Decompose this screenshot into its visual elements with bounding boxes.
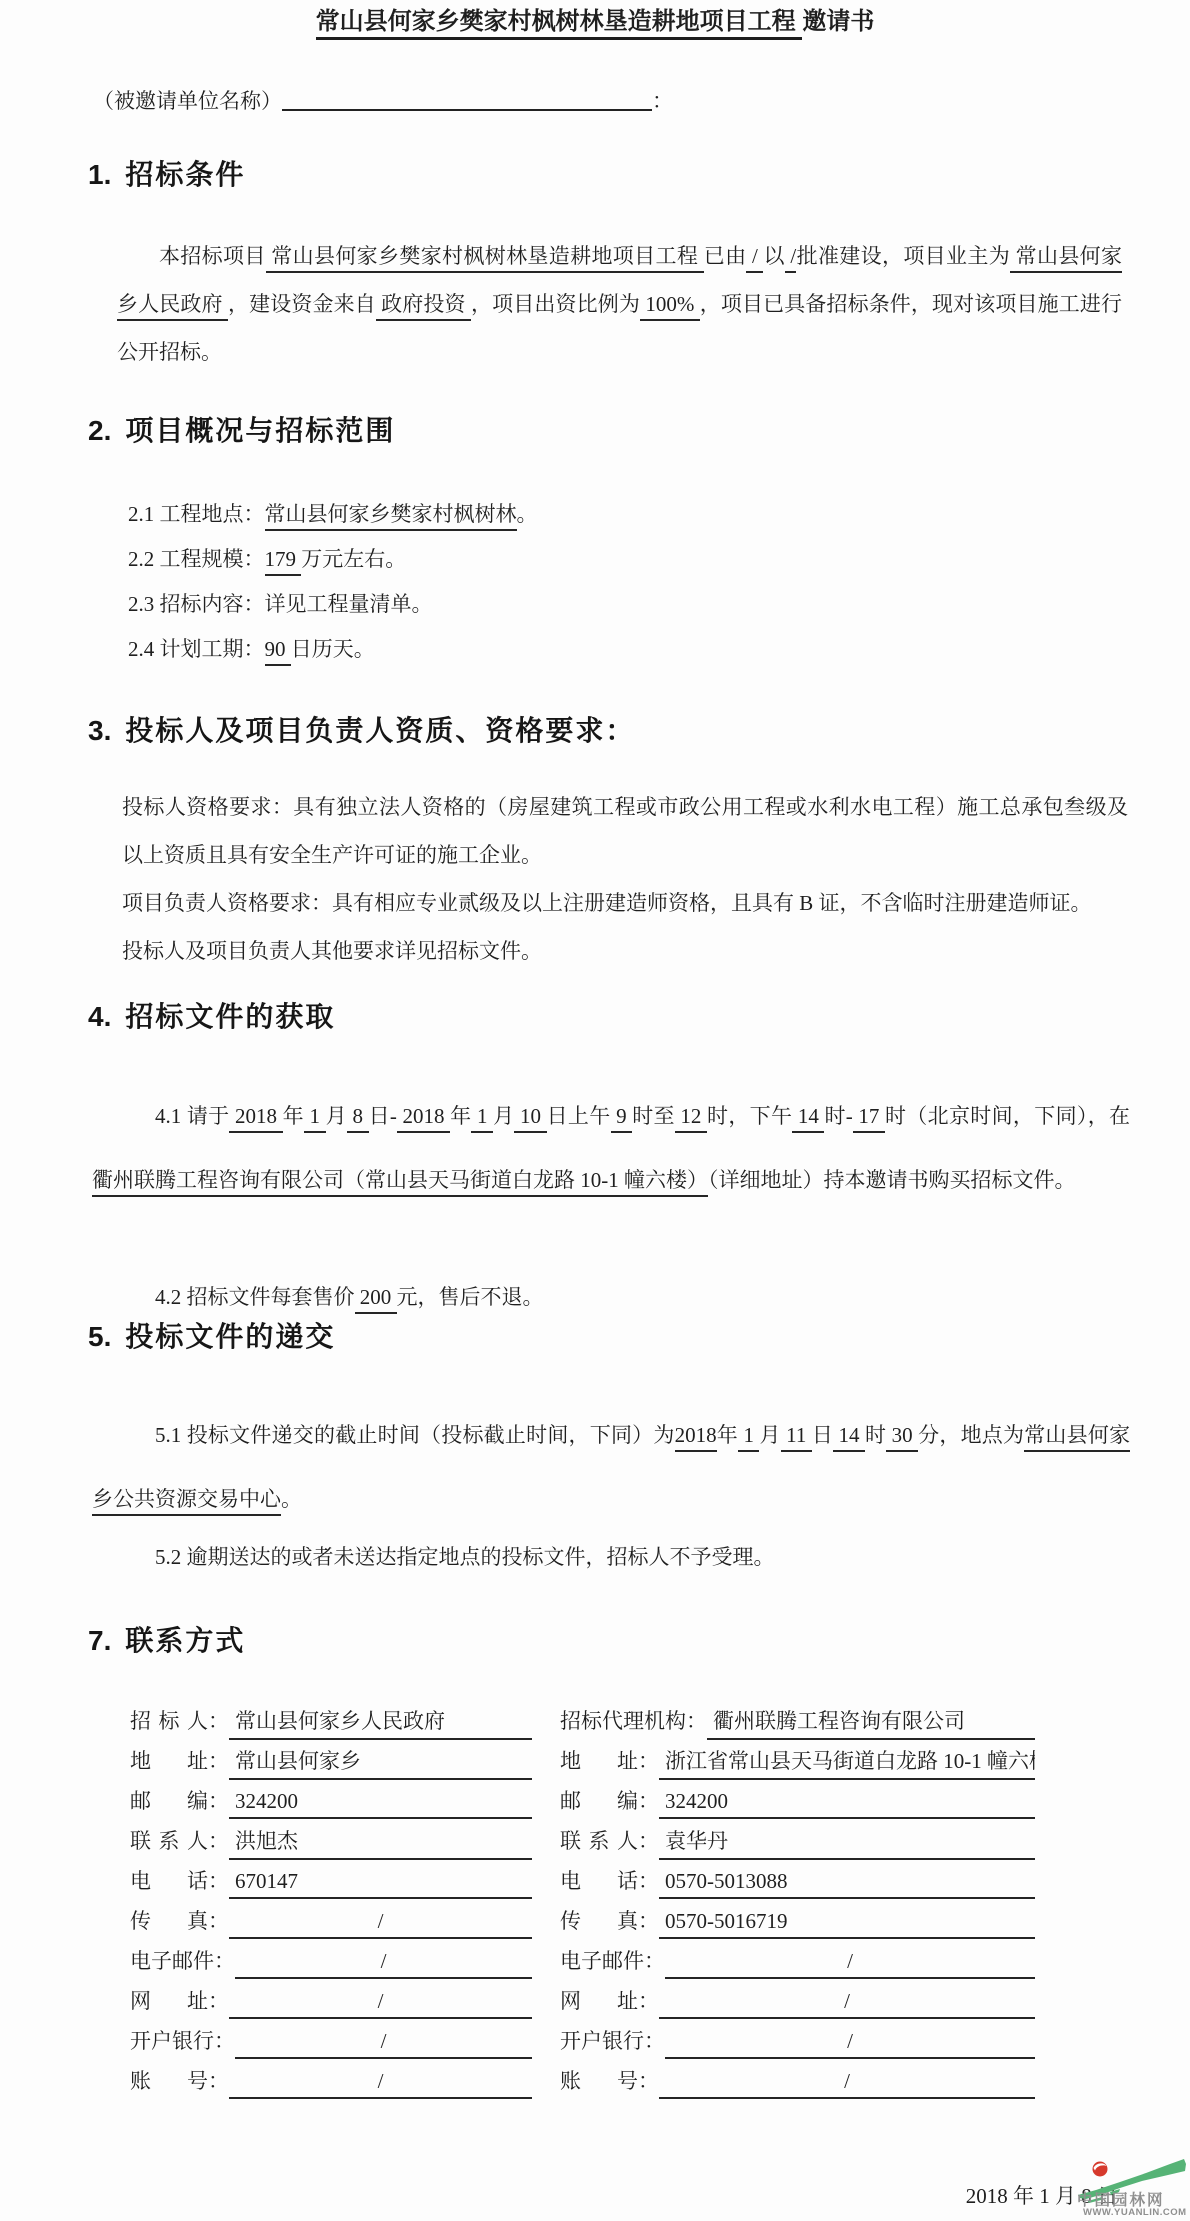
filled-in-value: 179 xyxy=(265,547,302,576)
paragraph-5-1: 5.1 投标文件递交的截止时间（投标截止时间，下同）为2018年 1 月 11 … xyxy=(92,1403,1130,1531)
contact-label: 账号 xyxy=(130,2065,208,2095)
section-5-heading: 5.投标文件的递交 xyxy=(88,1320,335,1354)
contact-value: / xyxy=(665,1949,1035,1979)
contact-label: 电子邮件 xyxy=(560,1945,644,1975)
contact-colon: ： xyxy=(208,2065,229,2095)
contact-label: 联系人 xyxy=(560,1825,638,1855)
section-4-heading: 4.招标文件的获取 xyxy=(88,1000,335,1034)
section-4-heading-text: 招标文件的获取 xyxy=(125,1001,335,1032)
static-text: 2.2 工程规模： xyxy=(128,547,265,571)
contact-value: 洪旭杰 xyxy=(229,1825,532,1860)
static-text: 以 xyxy=(763,244,784,268)
contact-colon: ： xyxy=(214,2025,235,2055)
static-text: 。 xyxy=(517,502,538,526)
static-text: 日历天。 xyxy=(291,637,375,661)
contact-value: 浙江省常山县天马街道白龙路 10-1 幢六楼 xyxy=(659,1745,1035,1780)
contact-colon: ： xyxy=(686,1705,707,1735)
static-text: ，项目出资比例为 xyxy=(471,292,640,316)
contact-colon: ： xyxy=(638,1825,659,1855)
contact-label: 电话 xyxy=(560,1865,638,1895)
filled-in-value: 2018 xyxy=(397,1104,450,1133)
static-text: 日 xyxy=(812,1423,833,1447)
static-text: 已由 xyxy=(704,244,747,268)
filled-in-value: 90 xyxy=(265,637,291,666)
static-text: 本招标项目 xyxy=(159,244,266,268)
contact-cell-left: 地址：常山县何家乡 xyxy=(130,1745,532,1780)
static-text: 日- xyxy=(369,1104,397,1128)
section-2-heading-text: 项目概况与招标范围 xyxy=(125,415,395,446)
contact-row: 招标人：常山县何家乡人民政府招标代理机构：衢州联腾工程咨询有限公司 xyxy=(0,1700,1190,1740)
section-3-heading: 3.投标人及项目负责人资质、资格要求： xyxy=(88,714,635,748)
project-manager-qualification-paragraph: 项目负责人资格要求：具有相应专业贰级及以上注册建造师资格，且具有 B 证，不含临… xyxy=(122,879,1128,927)
contact-cell-left: 网址：/ xyxy=(130,1985,532,2019)
scanned-invitation-document: { "title": { "segments": [ {"t": " 常山县何家… xyxy=(0,0,1190,2221)
contact-colon: ： xyxy=(638,1905,659,1935)
contact-colon: ： xyxy=(208,1985,229,2015)
contact-value: 670147 xyxy=(229,1869,532,1899)
filled-in-value: 100% xyxy=(640,292,700,321)
filled-in-value: 1 xyxy=(471,1104,493,1133)
filled-in-value: 常山县何家乡樊家村枫树林垦造耕地项目工程 xyxy=(266,244,704,273)
contact-colon: ： xyxy=(208,1785,229,1815)
contact-cell-right: 招标代理机构：衢州联腾工程咨询有限公司 xyxy=(560,1705,1035,1740)
section-4-number: 4. xyxy=(88,1001,111,1032)
contacts-table: 招标人：常山县何家乡人民政府招标代理机构：衢州联腾工程咨询有限公司地址：常山县何… xyxy=(0,1700,1190,2100)
filled-in-value: 衢州联腾工程咨询有限公司（常山县天马街道白龙路 10-1 幢六楼） xyxy=(92,1168,708,1197)
contact-label: 账号 xyxy=(560,2065,638,2095)
static-text: 2.4 计划工期： xyxy=(128,637,265,661)
item-2-3: 2.3 招标内容：详见工程量清单。 xyxy=(128,582,538,627)
invitee-line: （被邀请单位名称）： xyxy=(93,84,673,114)
section-1-paragraph: 本招标项目 常山县何家乡樊家村枫树林垦造耕地项目工程 已由 / 以 /批准建设，… xyxy=(117,232,1122,376)
paragraph-4-1: 4.1 请于 2018 年 1 月 8 日- 2018 年 1 月 10 日上午… xyxy=(92,1084,1130,1212)
contact-cell-left: 联系人：洪旭杰 xyxy=(130,1825,532,1860)
filled-in-value: 政府投资 xyxy=(376,292,471,321)
section-5-number: 5. xyxy=(88,1321,111,1352)
section-2-number: 2. xyxy=(88,415,111,446)
contact-value: / xyxy=(665,2029,1035,2059)
section-1-number: 1. xyxy=(88,159,111,190)
static-text: 4.1 请于 xyxy=(155,1104,229,1128)
contact-row: 传真：/传真：0570-5016719 xyxy=(0,1900,1190,1940)
static-text: 时- xyxy=(824,1104,852,1128)
filled-in-value: 常山县何家乡樊家村枫树林 xyxy=(265,502,517,531)
contact-value: 袁华丹 xyxy=(659,1825,1035,1860)
contact-cell-left: 传真：/ xyxy=(130,1905,532,1939)
contact-colon: ： xyxy=(638,1785,659,1815)
static-text: 4.2 招标文件每套售价 xyxy=(155,1285,355,1309)
contact-value: 常山县何家乡人民政府 xyxy=(229,1705,532,1740)
filled-in-value: 2018 xyxy=(229,1104,282,1133)
static-text: 月 xyxy=(493,1104,514,1128)
contact-cell-right: 联系人：袁华丹 xyxy=(560,1825,1035,1860)
contact-cell-right: 网址：/ xyxy=(560,1985,1035,2019)
invitee-label: （被邀请单位名称） xyxy=(93,89,282,113)
section-3-heading-text: 投标人及项目负责人资质、资格要求： xyxy=(125,715,635,746)
filled-in-value: 1 xyxy=(304,1104,326,1133)
contact-cell-left: 招标人：常山县何家乡人民政府 xyxy=(130,1705,532,1740)
contact-cell-right: 开户银行：/ xyxy=(560,2025,1035,2059)
contact-cell-left: 电子邮件：/ xyxy=(130,1945,532,1979)
contact-label: 开户银行 xyxy=(130,2025,214,2055)
contact-value: / xyxy=(229,1989,532,2019)
contact-row: 开户银行：/开户银行：/ xyxy=(0,2020,1190,2060)
filled-in-value: / xyxy=(746,244,763,273)
filled-in-value: 14 xyxy=(833,1423,865,1452)
filled-in-value: 9 xyxy=(611,1104,633,1133)
contact-colon: ： xyxy=(638,1985,659,2015)
static-text: 2.3 招标内容：详见工程量清单。 xyxy=(128,592,433,616)
static-text: 分，地点为 xyxy=(918,1423,1024,1447)
static-text: 时，下午 xyxy=(707,1104,792,1128)
filled-in-value: 8 xyxy=(347,1104,369,1133)
item-2-4: 2.4 计划工期：90 日历天。 xyxy=(128,627,538,672)
contact-value: / xyxy=(659,2069,1035,2099)
static-text: 万元左右。 xyxy=(301,547,406,571)
static-text: 年 xyxy=(283,1104,304,1128)
static-text: 5.1 投标文件递交的截止时间（投标截止时间，下同）为 xyxy=(155,1423,675,1447)
contact-value: 0570-5013088 xyxy=(659,1869,1035,1899)
contact-colon: ： xyxy=(208,1745,229,1775)
contact-value: 常山县何家乡 xyxy=(229,1745,532,1780)
contact-cell-right: 邮编：324200 xyxy=(560,1785,1035,1819)
filled-in-value: 17 xyxy=(853,1104,885,1133)
filled-in-value: 12 xyxy=(675,1104,707,1133)
contact-label: 传真 xyxy=(130,1905,208,1935)
filled-in-value: / xyxy=(785,244,796,273)
contact-value: 衢州联腾工程咨询有限公司 xyxy=(707,1705,1035,1740)
static-text: 批准建设，项目业主为 xyxy=(796,244,1010,268)
contact-colon: ： xyxy=(644,2025,665,2055)
contact-value: 324200 xyxy=(659,1789,1035,1819)
filled-in-value: 11 xyxy=(781,1423,812,1452)
other-requirements-paragraph: 投标人及项目负责人其他要求详见招标文件。 xyxy=(122,927,1128,975)
section-5-heading-text: 投标文件的递交 xyxy=(125,1321,335,1352)
invitee-colon: ： xyxy=(652,89,673,113)
section-3-number: 3. xyxy=(88,715,111,746)
static-text: 年 xyxy=(450,1104,471,1128)
contact-label: 招标代理机构 xyxy=(560,1705,686,1735)
static-text: 时（北京时间，下同），在 xyxy=(885,1104,1130,1128)
contact-row: 联系人：洪旭杰联系人：袁华丹 xyxy=(0,1820,1190,1860)
paragraph-4-2: 4.2 招标文件每套售价 200 元，售后不退。 xyxy=(92,1276,1130,1318)
contact-colon: ： xyxy=(644,1945,665,1975)
yuanlin-watermark-logo: 中国园林网 WWW.YUANLIN.COM xyxy=(1076,2152,1188,2216)
static-text: 月 xyxy=(326,1104,347,1128)
static-text: 日上午 xyxy=(547,1104,611,1128)
static-text: （详细地址）持本邀请书购买招标文件。 xyxy=(708,1168,1076,1192)
contact-value: 324200 xyxy=(229,1789,532,1819)
filled-in-value: 14 xyxy=(792,1104,824,1133)
contact-cell-right: 账号：/ xyxy=(560,2065,1035,2099)
contact-row: 地址：常山县何家乡地址：浙江省常山县天马街道白龙路 10-1 幢六楼 xyxy=(0,1740,1190,1780)
section-1-heading-text: 招标条件 xyxy=(125,159,245,190)
contact-label: 传真 xyxy=(560,1905,638,1935)
page-title: 常山县何家乡樊家村枫树林垦造耕地项目工程 邀请书 xyxy=(0,6,1190,38)
contact-cell-left: 账号：/ xyxy=(130,2065,532,2099)
contact-label: 网址 xyxy=(560,1985,638,2015)
contact-label: 电子邮件 xyxy=(130,1945,214,1975)
static-text: 元，售后不退。 xyxy=(397,1285,544,1309)
section-1-heading: 1.招标条件 xyxy=(88,158,245,192)
contact-colon: ： xyxy=(208,1825,229,1855)
static-text: 年 xyxy=(717,1423,738,1447)
static-text: 邀请书 xyxy=(802,8,874,35)
static-text: 2.1 工程地点： xyxy=(128,502,265,526)
contact-colon: ： xyxy=(214,1945,235,1975)
contact-cell-left: 开户银行：/ xyxy=(130,2025,532,2059)
contact-label: 邮编 xyxy=(560,1785,638,1815)
filled-in-value: 常山县何家乡樊家村枫树林垦造耕地项目工程 xyxy=(316,8,803,40)
contact-value: / xyxy=(659,1989,1035,2019)
filled-in-value: 2018 xyxy=(675,1423,717,1452)
watermark-site-url: WWW.YUANLIN.COM xyxy=(1083,2207,1187,2216)
item-2-2: 2.2 工程规模：179 万元左右。 xyxy=(128,537,538,582)
contact-cell-left: 邮编：324200 xyxy=(130,1785,532,1819)
section-2-heading: 2.项目概况与招标范围 xyxy=(88,414,395,448)
contact-value: / xyxy=(229,2069,532,2099)
filled-in-value: 1 xyxy=(738,1423,759,1452)
section-7-heading-text: 联系方式 xyxy=(125,1625,245,1656)
contact-label: 开户银行 xyxy=(560,2025,644,2055)
contact-colon: ： xyxy=(638,1745,659,1775)
contact-value: / xyxy=(229,1909,532,1939)
contact-colon: ： xyxy=(638,2065,659,2095)
contact-value: 0570-5016719 xyxy=(659,1909,1035,1939)
item-2-1: 2.1 工程地点：常山县何家乡樊家村枫树林。 xyxy=(128,492,538,537)
filled-in-value: 200 xyxy=(355,1285,397,1314)
document-date: 2018 年 1 月 8 日 xyxy=(0,2182,1118,2210)
contact-value: / xyxy=(235,1949,532,1979)
static-text: 时至 xyxy=(632,1104,675,1128)
contact-cell-left: 电话：670147 xyxy=(130,1865,532,1899)
static-text: 5.2 逾期送达的或者未送达指定地点的投标文件，招标人不予受理。 xyxy=(155,1545,775,1569)
contact-row: 邮编：324200邮编：324200 xyxy=(0,1780,1190,1820)
section-3-paragraphs: 投标人资格要求：具有独立法人资格的（房屋建筑工程或市政公用工程或水利水电工程）施… xyxy=(122,783,1128,975)
contact-cell-right: 电话：0570-5013088 xyxy=(560,1865,1035,1899)
contact-label: 邮编 xyxy=(130,1785,208,1815)
contact-colon: ： xyxy=(638,1865,659,1895)
contact-cell-right: 传真：0570-5016719 xyxy=(560,1905,1035,1939)
section-2-items: 2.1 工程地点：常山县何家乡樊家村枫树林。 2.2 工程规模：179 万元左右… xyxy=(128,492,538,672)
contact-label: 电话 xyxy=(130,1865,208,1895)
contact-colon: ： xyxy=(208,1705,229,1735)
contact-label: 联系人 xyxy=(130,1825,208,1855)
section-7-number: 7. xyxy=(88,1625,111,1656)
contact-label: 地址 xyxy=(130,1745,208,1775)
contact-value: / xyxy=(235,2029,532,2059)
paragraph-5-2: 5.2 逾期送达的或者未送达指定地点的投标文件，招标人不予受理。 xyxy=(92,1536,1130,1578)
contact-label: 地址 xyxy=(560,1745,638,1775)
section-7-heading: 7.联系方式 xyxy=(88,1624,245,1658)
contact-row: 网址：/网址：/ xyxy=(0,1980,1190,2020)
contact-label: 招标人 xyxy=(130,1705,208,1735)
invitee-blank-underline xyxy=(282,87,652,111)
filled-in-value: 30 xyxy=(886,1423,918,1452)
filled-in-value: 10 xyxy=(514,1104,546,1133)
contact-row: 账号：/账号：/ xyxy=(0,2060,1190,2100)
static-text: 月 xyxy=(759,1423,780,1447)
bidder-qualification-paragraph: 投标人资格要求：具有独立法人资格的（房屋建筑工程或市政公用工程或水利水电工程）施… xyxy=(122,783,1128,879)
static-text: 时 xyxy=(865,1423,886,1447)
contact-row: 电子邮件：/电子邮件：/ xyxy=(0,1940,1190,1980)
contact-colon: ： xyxy=(208,1905,229,1935)
static-text: ，建设资金来自 xyxy=(228,292,376,316)
contact-row: 电话：670147电话：0570-5013088 xyxy=(0,1860,1190,1900)
contact-label: 网址 xyxy=(130,1985,208,2015)
contact-cell-right: 电子邮件：/ xyxy=(560,1945,1035,1979)
contact-cell-right: 地址：浙江省常山县天马街道白龙路 10-1 幢六楼 xyxy=(560,1745,1035,1780)
contact-colon: ： xyxy=(208,1865,229,1895)
static-text: 。 xyxy=(281,1487,302,1511)
